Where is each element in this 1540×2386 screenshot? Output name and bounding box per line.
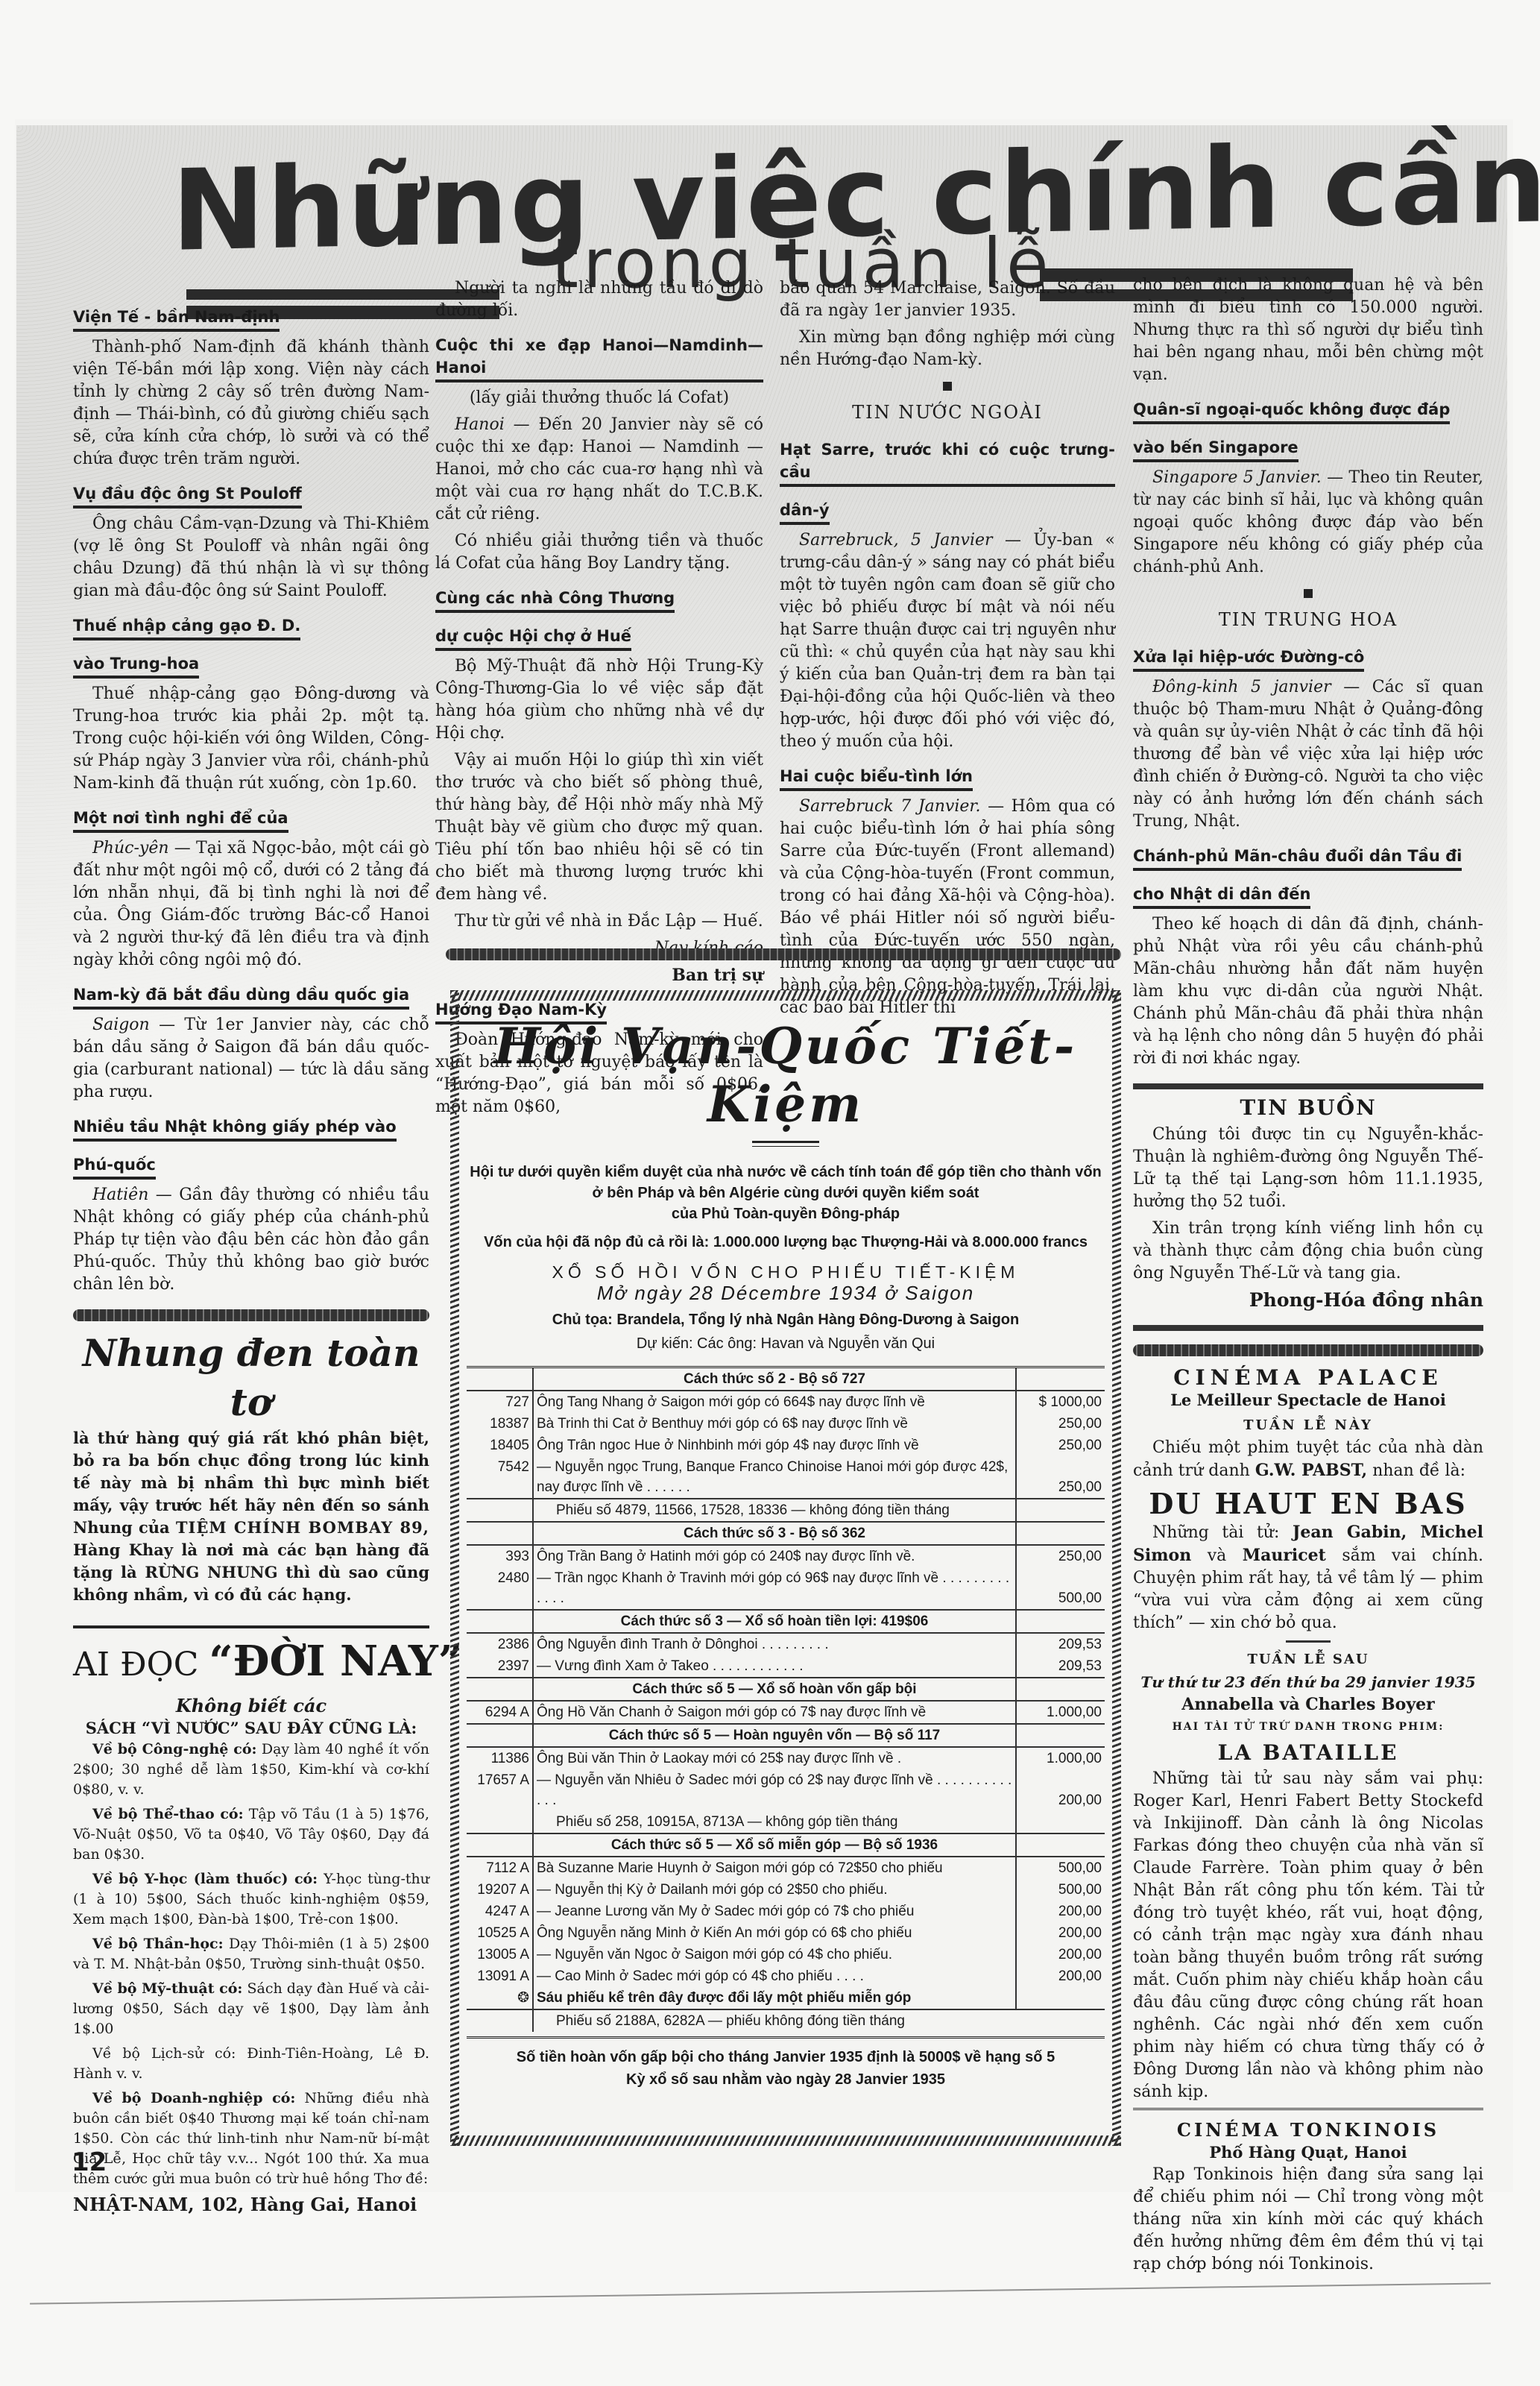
article: Xửa lại hiệp-ước Đường-cô Đông-kinh 5 ja… xyxy=(1133,638,1483,833)
obituary-body: Xin trân trọng kính viếng linh hồn cụ và… xyxy=(1133,1218,1483,1285)
next-week-dates: Tư thứ tư 23 đến thứ ba 29 janvier 1935 xyxy=(1133,1671,1483,1693)
book-list: Về bộ Công-nghệ có: Dạy làm 40 nghề ít v… xyxy=(73,1740,429,2189)
prize-amount: 500,00 xyxy=(1016,1879,1105,1901)
article: Chánh-phủ Mãn-châu đuổi dân Tầu đi cho N… xyxy=(1133,837,1483,1070)
article-heading: Viện Tế - bần Nam-định xyxy=(73,306,280,332)
dateline: Hatiên xyxy=(92,1186,148,1204)
column-3: báo quán 54 Marchaise, Saigon. Số đầu đã… xyxy=(780,277,1115,1024)
film-description: Những tài tử: Jean Gabin, Michel Simon v… xyxy=(1133,1521,1483,1634)
article: Thuế nhập cảng gạo Đ. D. vào Trung-hoa T… xyxy=(73,607,429,795)
article-heading: Cuộc thi xe đạp Hanoi—Namdinh—Hanoi xyxy=(435,334,763,383)
ticket-number: 18405 xyxy=(467,1435,533,1456)
prize-amount: 250,00 xyxy=(1016,1435,1105,1456)
book-category: Về bộ Thần-học: xyxy=(92,1936,224,1952)
article-text: — Tại xã Ngọc-bảo, một cái gò đất như mộ… xyxy=(73,839,429,969)
dateline: Hanoi xyxy=(455,415,505,434)
prize-amount: 209,53 xyxy=(1016,1633,1105,1655)
square-bullet-icon xyxy=(1304,589,1313,598)
winner-text: Ông Bùi văn Thin ở Laokay mới có 25$ nay… xyxy=(533,1747,1016,1769)
winner-text: — Nguyễn văn Ngoc ở Saigon mới góp có 4$… xyxy=(533,1944,1016,1965)
prize-amount: 500,00 xyxy=(1016,1857,1105,1879)
dateline: Sarrebruck 7 Janvier. xyxy=(799,797,980,816)
divider xyxy=(1133,2108,1483,2113)
book-category: Về bộ Doanh-nghiệp có: xyxy=(92,2090,295,2106)
ad-border xyxy=(450,990,459,2146)
ticket-number: 2386 xyxy=(467,1633,533,1655)
ad-rule xyxy=(752,1141,819,1147)
dateline: Saigon xyxy=(92,1016,150,1034)
shop-nickname: RỪNG NHUNG xyxy=(145,1563,277,1581)
obituary: TIN BUỒN Chúng tôi được tin cụ Nguyễn-kh… xyxy=(1133,1097,1483,1312)
article-heading-cont: cho Nhật di dân đến xyxy=(1133,883,1310,909)
section-title: Cách thức số 3 — Xổ số hoàn tiền lợi: 41… xyxy=(533,1610,1016,1633)
article-heading-cont: dự cuộc Hội chợ ở Huế xyxy=(435,625,631,651)
book-category: Về bộ Công-nghệ có: xyxy=(92,1741,257,1757)
article-body: Bộ Mỹ-Thuật đã nhờ Hội Trung-Kỳ Công-Thư… xyxy=(435,655,763,745)
article-body: Sarrebruck 7 Janvier. — Hôm qua có hai c… xyxy=(780,796,1115,1019)
book-category: Về bộ Lịch-sử có: xyxy=(92,2045,236,2062)
article: Một nơi tình nghi để của Phúc-yên — Tại … xyxy=(73,799,429,972)
book-item: Về bộ Mỹ-thuật có: Sách dạy đàn Huế và c… xyxy=(73,1979,429,2039)
paper-fold-line xyxy=(30,2282,1491,2304)
ad-footer-line: Số tiền hoàn vốn gấp bội cho tháng Janvi… xyxy=(467,2046,1105,2068)
prize-amount: 1.000,00 xyxy=(1016,1747,1105,1769)
ticket-number: 13091 A xyxy=(467,1965,533,1987)
film-title: DU HAUT EN BAS xyxy=(1133,1487,1483,1521)
ad-body: là thứ hàng quý giá rất khó phân biệt, b… xyxy=(73,1427,429,1606)
ticket-number: 11386 xyxy=(467,1747,533,1769)
ad-title: AI ĐỌC “ĐỜI NAY” xyxy=(73,1639,429,1687)
winner-text: — Nguyễn văn Nhiêu ở Sadec mới góp có 2$… xyxy=(533,1769,1016,1811)
table-row: 13091 A— Cao Minh ở Sadec mới góp có 4$ … xyxy=(467,1965,1105,1987)
table-row: 7542— Nguyễn ngọc Trung, Banque Franco C… xyxy=(467,1456,1105,1499)
table-row: 2397— Vưng đình Xam ở Takeo . . . . . . … xyxy=(467,1655,1105,1678)
book-item: Về bộ Thần-học: Dạy Thôi-miên (1 à 5) 2$… xyxy=(73,1934,429,1974)
ticket-number: 17657 A xyxy=(467,1769,533,1811)
obituary-body: Chúng tôi được tin cụ Nguyễn-khắc-Thuận … xyxy=(1133,1124,1483,1213)
obituary-title: TIN BUỒN xyxy=(1133,1097,1483,1119)
winner-text: Ông Nguyễn năng Minh ở Kiến An mới góp c… xyxy=(533,1922,1016,1944)
section-note: Phiếu số 258, 10915A, 8713A — không góp … xyxy=(533,1811,1016,1833)
table-row: 7112 ABà Suzanne Marie Huynh ở Saigon mớ… xyxy=(467,1857,1105,1879)
divider xyxy=(1286,1640,1331,1643)
table-row: 19207 A— Nguyễn thị Kỳ ở Dailanh mới góp… xyxy=(467,1879,1105,1901)
divider xyxy=(1133,1083,1483,1089)
article-body: Ông châu Cầm-vạn-Dzung và Thi-Khiêm (vợ … xyxy=(73,513,429,602)
results-table: Cách thức số 2 - Bộ số 727 727Ông Tang N… xyxy=(467,1366,1105,2032)
winner-text: Bà Suzanne Marie Huynh ở Saigon mới góp … xyxy=(533,1857,1016,1879)
winner-text: Ông Tang Nhang ở Saigon mới góp có 664$ … xyxy=(533,1391,1016,1413)
table-row: 10525 AÔng Nguyễn năng Minh ở Kiến An mớ… xyxy=(467,1922,1105,1944)
book-item: Về bộ Công-nghệ có: Dạy làm 40 nghề ít v… xyxy=(73,1740,429,1800)
table-section-header: Cách thức số 5 — Xổ số miễn góp — Bộ số … xyxy=(467,1833,1105,1857)
winner-text: Ông Trân ngoc Hue ở Ninhbinh mới góp 4$ … xyxy=(533,1435,1016,1456)
article-heading: Quân-sĩ ngoại-quốc không được đáp xyxy=(1133,398,1450,424)
article-body: Saigon — Từ 1er Janvier này, các chỗ bán… xyxy=(73,1014,429,1104)
ad-headline: SÁCH “VÌ NƯỚC” SAU ĐÂY CŨNG LÀ: xyxy=(73,1717,429,1740)
article-heading-cont: Phú-quốc xyxy=(73,1153,156,1180)
page-number: 12 xyxy=(72,2147,107,2177)
table-note-row: Phiếu số 2188A, 6282A — phiếu không đóng… xyxy=(467,2009,1105,2032)
column-4: cho bên địch là không quan hệ và bên mìn… xyxy=(1133,274,1483,2280)
article-heading: Hai cuộc biểu-tình lớn xyxy=(780,765,973,791)
winner-text: Ông Trần Bang ở Hatinh mới góp có 240$ n… xyxy=(533,1545,1016,1567)
winner-text: Sáu phiếu kể trên đây được đổi lấy một p… xyxy=(533,1987,1016,2009)
cinema-name: CINÉMA PALACE xyxy=(1133,1367,1483,1389)
prize-amount: 200,00 xyxy=(1016,1944,1105,1965)
section-title: Cách thức số 5 — Xổ số hoàn vốn gấp bội xyxy=(533,1678,1016,1701)
divider xyxy=(73,1625,429,1628)
winner-text: — Cao Minh ở Sadec mới góp có 4$ cho phi… xyxy=(533,1965,1016,1987)
cinema-body: Rạp Tonkinois hiện đang sửa sang lại để … xyxy=(1133,2164,1483,2276)
wavy-divider xyxy=(1133,1344,1483,1356)
article: Nam-kỳ đã bắt đầu dùng dầu quốc gia Saig… xyxy=(73,976,429,1104)
ticket-number: 727 xyxy=(467,1391,533,1413)
article-continuation: Xin mừng bạn đồng nghiệp mới cùng nền Hư… xyxy=(780,327,1115,371)
article-heading-cont: dân-ý xyxy=(780,499,830,525)
ad-nhung: Nhung đen toàn tơ là thứ hàng quý giá rấ… xyxy=(73,1329,429,1606)
table-section-header: Cách thức số 2 - Bộ số 727 xyxy=(467,1367,1105,1391)
ad-footer-line: Kỳ xổ số sau nhằm vào ngày 28 Janvier 19… xyxy=(467,2068,1105,2091)
winner-text: — Trần ngọc Khanh ở Travinh mới góp có 9… xyxy=(533,1567,1016,1610)
lottery-witness: Dự kiến: Các ông: Havan và Nguyễn văn Qu… xyxy=(467,1333,1105,1354)
ad-description: của Phủ Toàn-quyền Đông-pháp xyxy=(467,1203,1105,1224)
prize-amount: 200,00 xyxy=(1016,1965,1105,1987)
publisher-address: NHẬT-NAM, 102, Hàng Gai, Hanoi xyxy=(73,2194,429,2216)
article-body: Thư từ gửi về nhà in Đắc Lập — Huế. xyxy=(435,910,763,933)
table-row: 4247 A— Jeanne Lương văn My ở Sadec mới … xyxy=(467,1901,1105,1922)
ad-subtitle: Không biết các xyxy=(73,1695,429,1717)
dateline: Sarrebruck, 5 Janvier xyxy=(799,531,993,550)
shop-name: TIỆM CHÍNH BOMBAY 89, xyxy=(176,1518,429,1537)
ad-title-prefix: AI ĐỌC xyxy=(73,1646,198,1684)
wavy-divider xyxy=(73,1309,429,1321)
article-body: Hatiên — Gần đây thường có nhiều tầu Nhậ… xyxy=(73,1184,429,1296)
ad-footer: Số tiền hoàn vốn gấp bội cho tháng Janvi… xyxy=(467,2036,1105,2091)
lottery-title: XỔ SỐ HỒI VỐN CHO PHIẾU TIẾT-KIỆM xyxy=(467,1262,1105,1282)
section-note: Phiếu số 4879, 11566, 17528, 18336 — khô… xyxy=(533,1499,1016,1522)
cinema-intro: Chiếu một phim tuyệt tác của nhà dàn cản… xyxy=(1133,1437,1483,1482)
dateline: Phúc-yên xyxy=(92,839,169,857)
ticket-number: 393 xyxy=(467,1545,533,1567)
ad-content: Hội Vạn-Quốc Tiết-Kiệm Hội tư dưới quyền… xyxy=(467,1010,1105,2091)
section-title: Cách thức số 5 — Xổ số miễn góp — Bộ số … xyxy=(533,1833,1016,1857)
section-title: TIN TRUNG HOA xyxy=(1133,608,1483,631)
winner-text: Bà Trinh thi Cat ở Benthuy mới góp có 6$… xyxy=(533,1413,1016,1435)
article: Hai cuộc biểu-tình lớn Sarrebruck 7 Janv… xyxy=(780,758,1115,1019)
divider xyxy=(1133,1325,1483,1331)
ad-border xyxy=(1112,990,1121,2146)
column-1: Viện Tế - bần Nam-định Thành-phố Nam-địn… xyxy=(73,298,429,2216)
section-title: TIN NƯỚC NGOÀI xyxy=(780,401,1115,424)
article-body: Thuế nhập-cảng gạo Đông-dương và Trung-h… xyxy=(73,683,429,795)
prize-amount: 200,00 xyxy=(1016,1901,1105,1922)
ad-description: Hội tư dưới quyền kiểm duyệt của nhà nướ… xyxy=(467,1162,1105,1203)
prize-amount: 200,00 xyxy=(1016,1769,1105,1811)
film-title: LA BATAILLE xyxy=(1133,1738,1483,1768)
lottery-chair: Chủ tọa: Brandela, Tổng lý nhà Ngân Hàng… xyxy=(467,1309,1105,1330)
cinema-tagline: Le Meilleur Spectacle de Hanoi xyxy=(1133,1389,1483,1411)
section-note: Phiếu số 2188A, 6282A — phiếu không đóng… xyxy=(533,2009,1016,2032)
article-continuation: cho bên địch là không quan hệ và bên mìn… xyxy=(1133,274,1483,386)
article-heading: Xửa lại hiệp-ước Đường-cô xyxy=(1133,646,1364,672)
book-category: Về bộ Mỹ-thuật có: xyxy=(92,1980,242,1997)
ad-border xyxy=(450,990,1121,1001)
lottery-date: Mở ngày 28 Décembre 1934 ở Saigon xyxy=(467,1282,1105,1303)
table-section-header: Cách thức số 3 — Xổ số hoàn tiền lợi: 41… xyxy=(467,1610,1105,1633)
article-heading: Nam-kỳ đã bắt đầu dùng dầu quốc gia xyxy=(73,983,409,1010)
ad-cinema-palace: CINÉMA PALACE Le Meilleur Spectacle de H… xyxy=(1133,1367,1483,2103)
book-item: Về bộ Lịch-sử có: Đinh-Tiên-Hoàng, Lê Đ.… xyxy=(73,2044,429,2084)
winner-text: Ông Hồ Văn Chanh ở Saigon mới góp có 7$ … xyxy=(533,1701,1016,1724)
book-item: Về bộ Thể-thao có: Tập võ Tầu (1 à 5) 1$… xyxy=(73,1804,429,1865)
table-note-row: Phiếu số 4879, 11566, 17528, 18336 — khô… xyxy=(467,1499,1105,1522)
this-week-label: TUẦN LỄ NÀY xyxy=(1133,1414,1483,1437)
table-row: 17657 A— Nguyễn văn Nhiêu ở Sadec mới gó… xyxy=(467,1769,1105,1811)
article: Nhiều tầu Nhật không giấy phép vào Phú-q… xyxy=(73,1108,429,1296)
article-heading-cont: vào bến Singapore xyxy=(1133,436,1298,462)
winner-text: — Jeanne Lương văn My ở Sadec mới góp có… xyxy=(533,1901,1016,1922)
prize-amount: 200,00 xyxy=(1016,1922,1105,1944)
dateline: Đông-kinh 5 janvier xyxy=(1152,678,1331,696)
film-description: Những tài tử sau này sắm vai phụ: Roger … xyxy=(1133,1768,1483,2103)
ticket-number: 2397 xyxy=(467,1655,533,1678)
article-body: Hanoi — Đến 20 Janvier này sẽ có cuộc th… xyxy=(435,414,763,526)
ad-cinema-tonkinois: CINÉMA TONKINOIS Phố Hàng Quạt, Hanoi Rạ… xyxy=(1133,2119,1483,2276)
ad-doinay: AI ĐỌC “ĐỜI NAY” Không biết các SÁCH “VÌ… xyxy=(73,1639,429,2216)
cinema-text: nhan đề là: xyxy=(1372,1461,1465,1480)
ad-title: Nhung đen toàn tơ xyxy=(73,1329,429,1427)
ticket-number: 18387 xyxy=(467,1413,533,1435)
winner-text: Ông Nguyễn đình Tranh ở Dônghoi . . . . … xyxy=(533,1633,1016,1655)
article-subnote: (lấy giải thưởng thuốc lá Cofat) xyxy=(435,387,763,409)
prize-amount: 209,53 xyxy=(1016,1655,1105,1678)
article-body: Thành-phố Nam-định đã khánh thành viện T… xyxy=(73,336,429,470)
article-body: Sarrebruck, 5 Janvier — Ủy-ban « trưng-c… xyxy=(780,529,1115,753)
table-row: 727Ông Tang Nhang ở Saigon mới góp có 66… xyxy=(467,1391,1105,1413)
section-title: Cách thức số 3 - Bộ số 362 xyxy=(533,1522,1016,1545)
ad-title: Hội Vạn-Quốc Tiết-Kiệm xyxy=(467,1017,1105,1133)
ticket-number: 13005 A xyxy=(467,1944,533,1965)
film-cast: Mauricet xyxy=(1243,1546,1326,1565)
wavy-divider xyxy=(446,948,1121,960)
section-title: Cách thức số 2 - Bộ số 727 xyxy=(533,1367,1016,1391)
book-category: Về bộ Y-học (làm thuốc) có: xyxy=(92,1871,318,1887)
square-bullet-icon xyxy=(943,382,952,391)
director-name: G.W. PABST, xyxy=(1255,1461,1367,1480)
book-item: Về bộ Y-học (làm thuốc) có: Y-học tùng-t… xyxy=(73,1869,429,1930)
ticket-number: 19207 A xyxy=(467,1879,533,1901)
table-section-header: Cách thức số 5 — Hoàn nguyên vốn — Bộ số… xyxy=(467,1724,1105,1747)
article: Cùng các nhà Công Thương dự cuộc Hội chợ… xyxy=(435,579,763,986)
cinema-name: CINÉMA TONKINOIS xyxy=(1133,2119,1483,2141)
book-category: Về bộ Thể-thao có: xyxy=(92,1806,244,1822)
ad-border xyxy=(450,2135,1121,2146)
article-heading-cont: vào Trung-hoa xyxy=(73,652,199,679)
book-item: Về bộ Doanh-nghiệp có: Những điều nhà bu… xyxy=(73,2088,429,2189)
article-heading: Hạt Sarre, trước khi có cuộc trưng-cầu xyxy=(780,438,1115,487)
ad-title-main: “ĐỜI NAY” xyxy=(209,1637,462,1686)
obituary-signature: Phong-Hóa đồng nhân xyxy=(1133,1289,1483,1312)
article-text: — Các sĩ quan thuộc bộ Tham-mưu Nhật ở Q… xyxy=(1133,678,1483,831)
table-row: 2480— Trần ngọc Khanh ở Travinh mới góp … xyxy=(467,1567,1105,1610)
article-body: Theo kế hoạch di dân đã định, chánh-phủ … xyxy=(1133,913,1483,1070)
article: Viện Tế - bần Nam-định Thành-phố Nam-địn… xyxy=(73,298,429,470)
film-stars-note: HAI TÀI TỬ TRỨ DANH TRONG PHIM: xyxy=(1133,1716,1483,1738)
table-row: 18387Bà Trinh thi Cat ở Benthuy mới góp … xyxy=(467,1413,1105,1435)
table-row: 6294 AÔng Hồ Văn Chanh ở Saigon mới góp … xyxy=(467,1701,1105,1724)
cinema-address: Phố Hàng Quạt, Hanoi xyxy=(1133,2141,1483,2164)
table-row: 13005 A— Nguyễn văn Ngoc ở Saigon mới gó… xyxy=(467,1944,1105,1965)
prize-amount: $ 1000,00 xyxy=(1016,1391,1105,1413)
article-heading: Một nơi tình nghi để của xyxy=(73,807,288,833)
article-text: — Ủy-ban « trưng-cầu dân-ý » sáng nay có… xyxy=(780,531,1115,751)
article: Hạt Sarre, trước khi có cuộc trưng-cầu d… xyxy=(780,431,1115,753)
article: Cuộc thi xe đạp Hanoi—Namdinh—Hanoi (lấy… xyxy=(435,327,763,575)
table-row: 18405Ông Trân ngoc Hue ở Ninhbinh mới gó… xyxy=(467,1435,1105,1456)
article-text: — Hôm qua có hai cuộc biểu-tình lớn ở ha… xyxy=(780,797,1115,1017)
article-body: Phúc-yên — Tại xã Ngọc-bảo, một cái gò đ… xyxy=(73,837,429,972)
prize-amount: 1.000,00 xyxy=(1016,1701,1105,1724)
prize-amount: 250,00 xyxy=(1016,1545,1105,1567)
article-continuation: báo quán 54 Marchaise, Saigon. Số đầu đã… xyxy=(780,277,1115,322)
prize-amount xyxy=(1016,1987,1105,2009)
table-row: ❂Sáu phiếu kể trên đây được đổi lấy một … xyxy=(467,1987,1105,2009)
ticket-number: 7112 A xyxy=(467,1857,533,1879)
table-row: 2386Ông Nguyễn đình Tranh ở Dônghoi . . … xyxy=(467,1633,1105,1655)
winner-text: — Nguyễn thị Kỳ ở Dailanh mới góp có 2$5… xyxy=(533,1879,1016,1901)
article-heading: Chánh-phủ Mãn-châu đuổi dân Tầu đi xyxy=(1133,845,1462,871)
ticket-number: 2480 xyxy=(467,1567,533,1610)
article-continuation: Người ta nghi là những tầu đó đi dò đườn… xyxy=(435,277,763,322)
article-body: Có nhiều giải thưởng tiền và thuốc lá Co… xyxy=(435,530,763,575)
ad-hoi-van-quoc-tiet-kiem: Hội Vạn-Quốc Tiết-Kiệm Hội tư dưới quyền… xyxy=(450,990,1121,2146)
table-row: 393Ông Trần Bang ở Hatinh mới góp có 240… xyxy=(467,1545,1105,1567)
ticket-number: 10525 A xyxy=(467,1922,533,1944)
section-title: Cách thức số 5 — Hoàn nguyên vốn — Bộ số… xyxy=(533,1724,1016,1747)
article: Quân-sĩ ngoại-quốc không được đáp vào bế… xyxy=(1133,391,1483,579)
article: Vụ đầu độc ông St Pouloff Ông châu Cầm-v… xyxy=(73,475,429,602)
film-stars: Annabella và Charles Boyer xyxy=(1133,1693,1483,1716)
winner-text: — Nguyễn ngọc Trung, Banque Franco Chino… xyxy=(533,1456,1016,1499)
next-week-label: TUẦN LỄ SAU xyxy=(1133,1649,1483,1671)
dateline: Singapore 5 Janvier. xyxy=(1152,468,1322,487)
article-heading: Cùng các nhà Công Thương xyxy=(435,587,675,613)
prize-amount: 500,00 xyxy=(1016,1567,1105,1610)
article-heading: Nhiều tầu Nhật không giấy phép vào xyxy=(73,1115,397,1142)
table-row: 11386Ông Bùi văn Thin ở Laokay mới có 25… xyxy=(467,1747,1105,1769)
article-body: Vậy ai muốn Hội lo giúp thì xin viết thơ… xyxy=(435,749,763,906)
article-body: Singapore 5 Janvier. — Theo tin Reuter, … xyxy=(1133,467,1483,579)
table-note-row: Phiếu số 258, 10915A, 8713A — không góp … xyxy=(467,1811,1105,1833)
signature: Ban trị sự xyxy=(435,964,763,986)
article-body: Đông-kinh 5 janvier — Các sĩ quan thuộc … xyxy=(1133,676,1483,833)
table-section-header: Cách thức số 3 - Bộ số 362 xyxy=(467,1522,1105,1545)
flourish-icon: ❂ xyxy=(467,1987,533,2009)
ticket-number: 6294 A xyxy=(467,1701,533,1724)
winner-text: — Vưng đình Xam ở Takeo . . . . . . . . … xyxy=(533,1655,1016,1678)
ticket-number: 4247 A xyxy=(467,1901,533,1922)
ad-capital: Vốn của hội đã nộp đủ cả rồi là: 1.000.0… xyxy=(467,1232,1105,1253)
cinema-text: và xyxy=(1208,1546,1227,1565)
article-heading: Thuế nhập cảng gạo Đ. D. xyxy=(73,614,300,640)
cinema-text: Những tài tử: xyxy=(1152,1523,1279,1542)
prize-amount: 250,00 xyxy=(1016,1456,1105,1499)
prize-amount: 250,00 xyxy=(1016,1413,1105,1435)
article-heading: Vụ đầu độc ông St Pouloff xyxy=(73,482,302,509)
ticket-number: 7542 xyxy=(467,1456,533,1499)
table-section-header: Cách thức số 5 — Xổ số hoàn vốn gấp bội xyxy=(467,1678,1105,1701)
